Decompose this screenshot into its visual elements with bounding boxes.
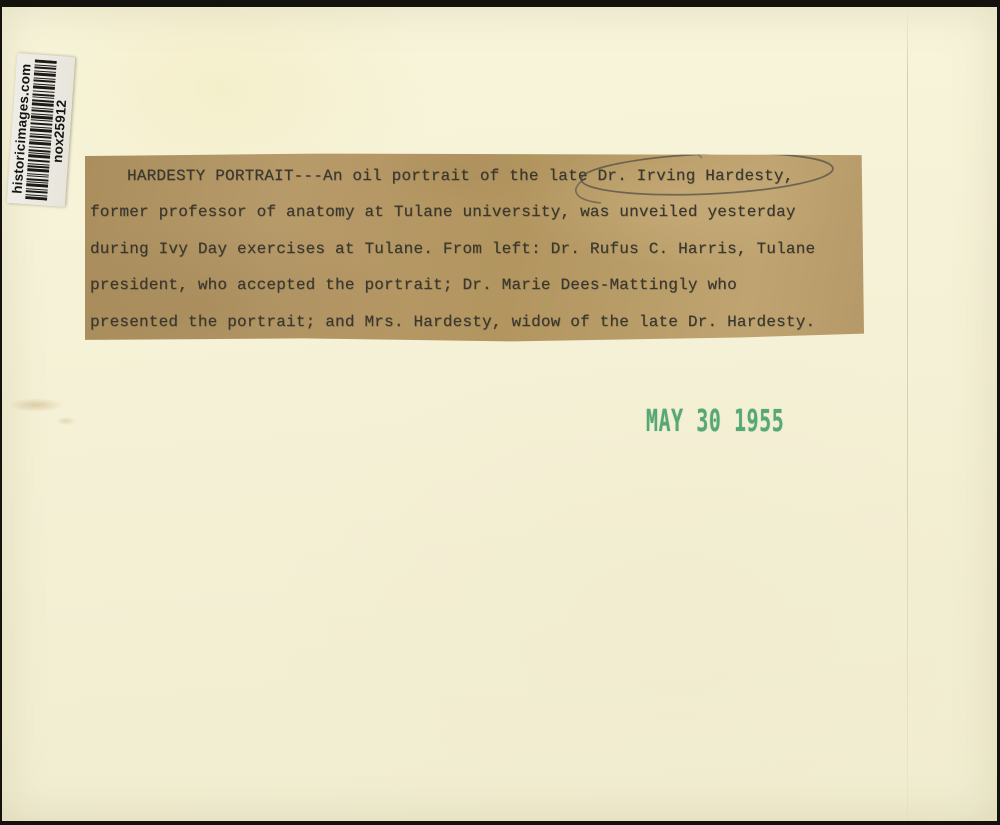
- caption-line: HARDESTY PORTRAIT---An oil portrait of t…: [90, 158, 815, 194]
- barcode-sticker: historicimages.com: [7, 53, 75, 207]
- caption-line: presented the portrait; and Mrs. Hardest…: [90, 304, 815, 340]
- paper-crease-line: [907, 7, 908, 821]
- photo-paper-back: [2, 7, 997, 821]
- caption-slip: HARDESTY PORTRAIT---An oil portrait of t…: [85, 153, 864, 342]
- photo-back-scan: historicimages.com: [0, 0, 1000, 825]
- caption-line: during Ivy Day exercises at Tulane. From…: [90, 231, 815, 267]
- date-stamp: MAY 30 1955: [646, 404, 784, 439]
- caption-line: former professor of anatomy at Tulane un…: [90, 194, 815, 230]
- barcode-code-label: nox25912: [51, 99, 69, 163]
- typed-caption: HARDESTY PORTRAIT---An oil portrait of t…: [90, 158, 815, 340]
- caption-line: president, who accepted the portrait; Dr…: [90, 267, 815, 303]
